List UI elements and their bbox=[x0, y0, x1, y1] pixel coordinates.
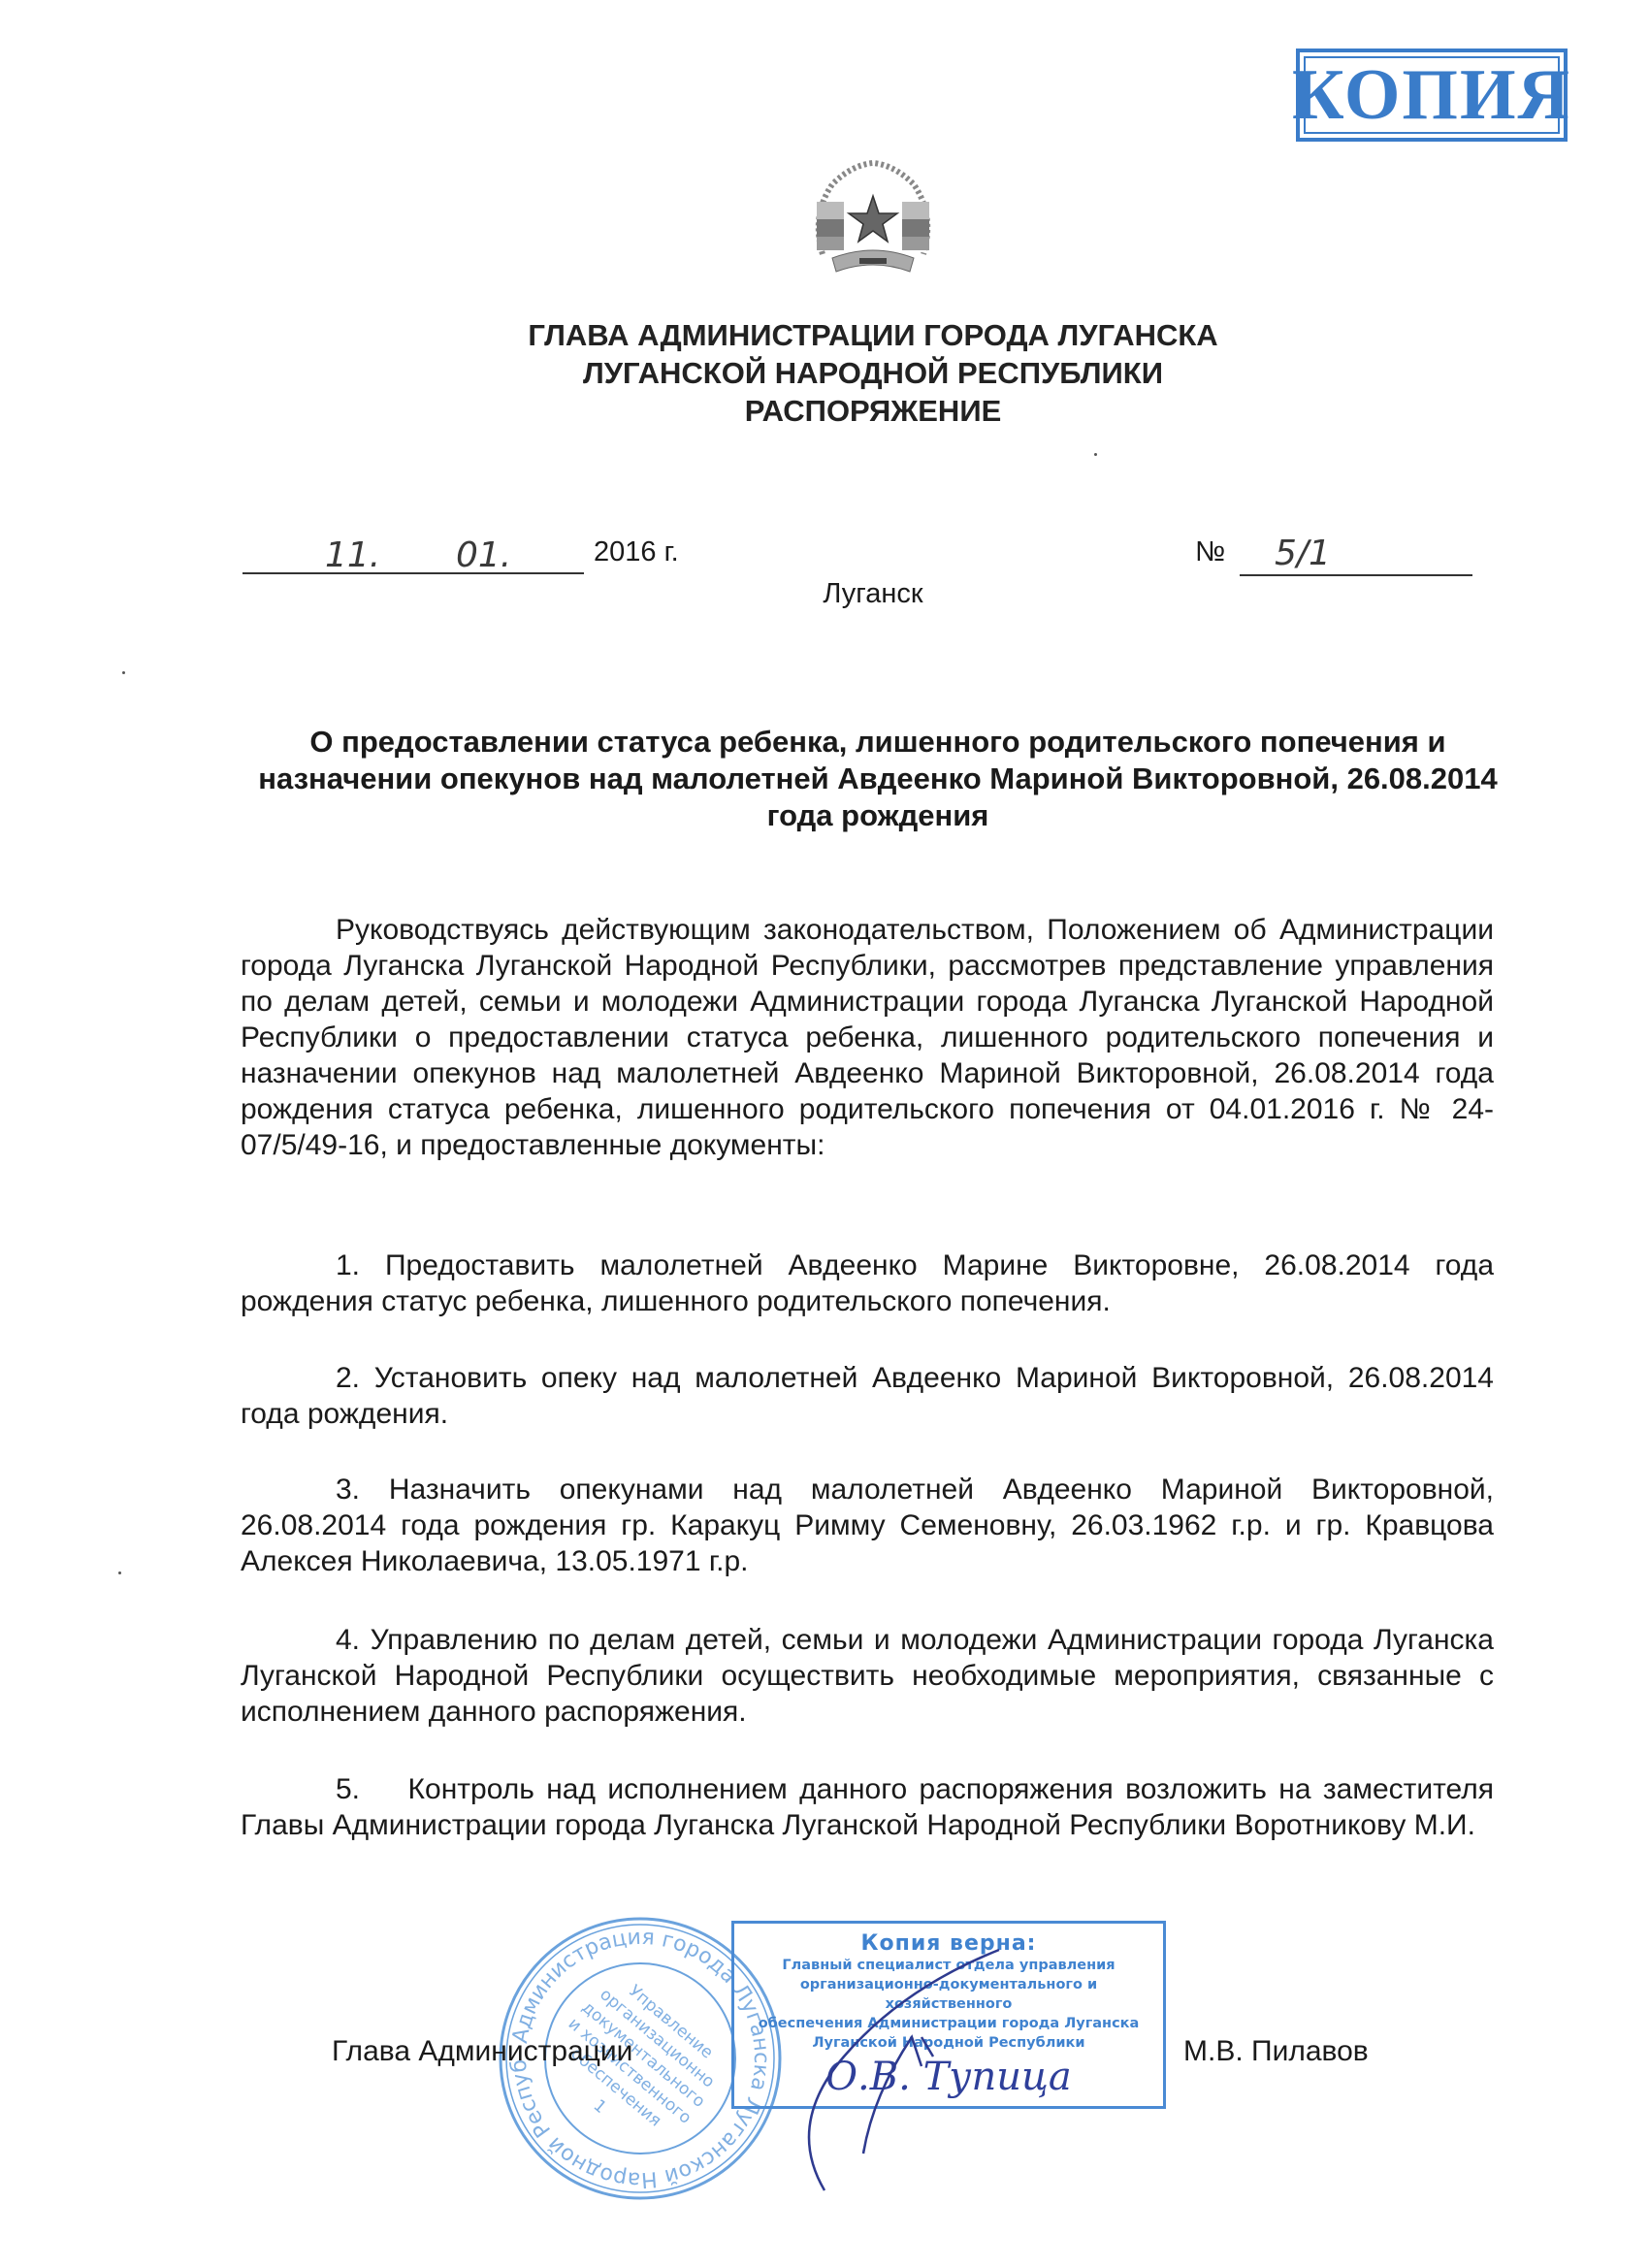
date-day: 11. bbox=[325, 535, 380, 575]
scan-speck bbox=[1094, 453, 1097, 456]
document-title: О предоставлении статуса ребенка, лишенн… bbox=[242, 724, 1513, 834]
item-5: 5. Контроль над исполнением данного расп… bbox=[241, 1771, 1494, 1843]
document-header: ГЛАВА АДМИНИСТРАЦИИ ГОРОДА ЛУГАНСКА ЛУГА… bbox=[0, 316, 1649, 430]
svg-text:1: 1 bbox=[590, 2096, 610, 2118]
signatory-position: Глава Администрации bbox=[332, 2035, 632, 2068]
date-month: 01. bbox=[456, 535, 511, 575]
item-1: 1. Предоставить малолетней Авдеенко Мари… bbox=[241, 1247, 1494, 1319]
coat-of-arms-icon bbox=[803, 157, 943, 283]
number-sign: № bbox=[1195, 536, 1225, 568]
date-underline bbox=[242, 572, 584, 574]
copy-stamp: КОПИЯ bbox=[1296, 49, 1568, 142]
header-doc-type: РАСПОРЯЖЕНИЕ bbox=[97, 392, 1649, 430]
preamble-paragraph: Руководствуясь действующим законодательс… bbox=[241, 912, 1494, 1163]
scan-speck bbox=[122, 671, 125, 674]
date-year: 2016 г. bbox=[594, 536, 679, 568]
city: Луганск bbox=[0, 578, 1649, 610]
document-number: 5/1 bbox=[1275, 534, 1331, 573]
item-2: 2. Установить опеку над малолетней Авдее… bbox=[241, 1360, 1494, 1432]
scan-speck bbox=[118, 1571, 121, 1574]
copy-stamp-label: КОПИЯ bbox=[1292, 59, 1571, 131]
signatory-name: М.В. Пилавов bbox=[1183, 2035, 1369, 2068]
item-3: 3. Назначить опекунами над малолетней Ав… bbox=[241, 1472, 1494, 1579]
handwritten-signature-icon bbox=[679, 1901, 1222, 2192]
number-underline bbox=[1240, 574, 1472, 576]
header-line-2: ЛУГАНСКОЙ НАРОДНОЙ РЕСПУБЛИКИ bbox=[97, 354, 1649, 392]
item-4: 4. Управлению по делам детей, семьи и мо… bbox=[241, 1622, 1494, 1730]
header-line-1: ГЛАВА АДМИНИСТРАЦИИ ГОРОДА ЛУГАНСКА bbox=[97, 316, 1649, 354]
